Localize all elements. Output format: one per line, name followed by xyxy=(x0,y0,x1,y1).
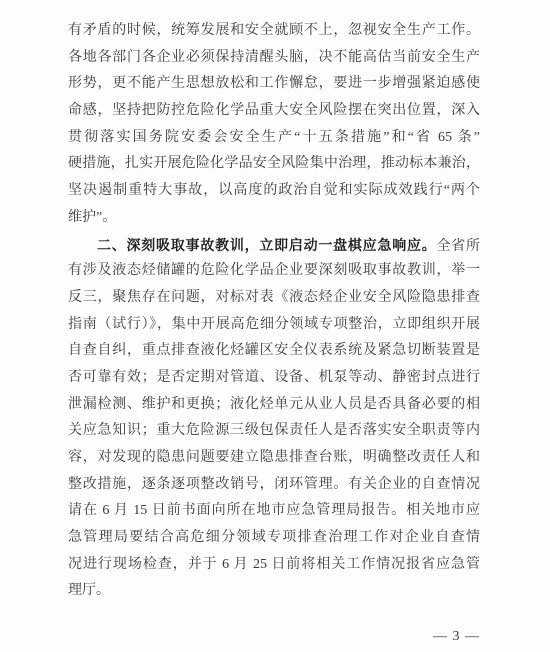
text-line: 形势，更不能产生思想放松和工作懈怠，要进一步增强紧迫感使 xyxy=(68,71,480,98)
text-line: 命感，坚持把防控危险化学品重大安全风险摆在突出位置，深入 xyxy=(68,98,480,125)
text-run: 维护”。 xyxy=(68,210,116,225)
page-number: — 3 — xyxy=(433,629,480,645)
text-run: 况进行现场检查，并于 6 月 25 日前将相关工作情况报省应急管 xyxy=(68,557,480,572)
text-line: 二、深刻吸取事故教训，立即启动一盘棋应急响应。全省所 xyxy=(68,232,480,259)
text-run: 否可靠有效；是否定期对管道、设备、机泵等动、静密封点进行 xyxy=(68,370,480,385)
paragraphs-container: 有矛盾的时候，统筹发展和安全就顾不上，忽视安全生产工作。各地各部门各企业必须保持… xyxy=(68,18,480,605)
text-line: 各地各部门各企业必须保持清醒头脑，决不能高估当前安全生产 xyxy=(68,45,480,72)
text-run: 形势，更不能产生思想放松和工作懈怠，要进一步增强紧迫感使 xyxy=(68,76,480,91)
text-line: 有涉及液态烃储罐的危险化学品企业要深刻吸取事故教训，举一 xyxy=(68,258,480,285)
text-run: 急管理局要结合高危细分领域专项排查治理工作对企业自查情 xyxy=(68,530,480,545)
text-line: 坚决遏制重特大事故，以高度的政治自觉和实际成效践行“两个 xyxy=(68,178,480,205)
text-line: 贯彻落实国务院安委会安全生产“十五条措施”和“省 65 条” xyxy=(68,125,480,152)
text-run: 命感，坚持把防控危险化学品重大安全风险摆在突出位置，深入 xyxy=(68,103,480,118)
text-run: 反三，聚焦存在问题，对标对表《液态烃企业安全风险隐患排查 xyxy=(68,290,480,305)
text-run: 贯彻落实国务院安委会安全生产“十五条措施”和“省 65 条” xyxy=(68,130,480,145)
text-run: 请在 6 月 15 日前书面向所在地市应急管理局报告。相关地市应 xyxy=(68,503,480,518)
text-line: 急管理局要结合高危细分领域专项排查治理工作对企业自查情 xyxy=(68,525,480,552)
text-line: 理厅。 xyxy=(68,578,480,605)
text-run: 各地各部门各企业必须保持清醒头脑，决不能高估当前安全生产 xyxy=(68,50,480,65)
text-run: 有矛盾的时候，统筹发展和安全就顾不上，忽视安全生产工作。 xyxy=(68,23,480,38)
text-run: 容，对发现的隐患问题要建立隐患排查台账，明确整改责任人和 xyxy=(68,450,480,465)
bold-heading-run: 二、深刻吸取事故教训，立即启动一盘棋应急响应。 xyxy=(97,237,436,253)
text-line: 容，对发现的隐患问题要建立隐患排查台账，明确整改责任人和 xyxy=(68,445,480,472)
text-line: 整改措施，逐条逐项整改销号，闭环管理。有关企业的自查情况 xyxy=(68,472,480,499)
text-run: 理厅。 xyxy=(68,583,110,598)
text-line: 指南（试行）》，集中开展高危细分领域专项整治，立即组织开展 xyxy=(68,312,480,339)
text-line: 硬措施，扎实开展危险化学品安全风险集中治理，推动标本兼治， xyxy=(68,151,480,178)
document-page: 有矛盾的时候，统筹发展和安全就顾不上，忽视安全生产工作。各地各部门各企业必须保持… xyxy=(0,0,550,652)
text-run: 硬措施，扎实开展危险化学品安全风险集中治理，推动标本兼治， xyxy=(68,156,480,171)
text-line: 有矛盾的时候，统筹发展和安全就顾不上，忽视安全生产工作。 xyxy=(68,18,480,45)
text-line: 泄漏检测、维护和更换；液化烃单元从业人员是否具备必要的相 xyxy=(68,392,480,419)
text-run: 有涉及液态烃储罐的危险化学品企业要深刻吸取事故教训，举一 xyxy=(68,263,480,278)
text-line: 关应急知识；重大危险源三级包保责任人是否落实安全职责等内 xyxy=(68,418,480,445)
text-line: 反三，聚焦存在问题，对标对表《液态烃企业安全风险隐患排查 xyxy=(68,285,480,312)
text-line: 自查自纠，重点排查液化烃罐区安全仪表系统及紧急切断装置是 xyxy=(68,338,480,365)
text-line: 维护”。 xyxy=(68,205,480,232)
text-line: 况进行现场检查，并于 6 月 25 日前将相关工作情况报省应急管 xyxy=(68,552,480,579)
text-run: 泄漏检测、维护和更换；液化烃单元从业人员是否具备必要的相 xyxy=(68,397,480,412)
text-run: 自查自纠，重点排查液化烃罐区安全仪表系统及紧急切断装置是 xyxy=(68,343,480,358)
text-run: 整改措施，逐条逐项整改销号，闭环管理。有关企业的自查情况 xyxy=(68,477,480,492)
text-line: 否可靠有效；是否定期对管道、设备、机泵等动、静密封点进行 xyxy=(68,365,480,392)
text-line: 请在 6 月 15 日前书面向所在地市应急管理局报告。相关地市应 xyxy=(68,498,480,525)
text-run: 坚决遏制重特大事故，以高度的政治自觉和实际成效践行“两个 xyxy=(68,183,480,198)
text-run: 指南（试行）》，集中开展高危细分领域专项整治，立即组织开展 xyxy=(68,317,480,332)
text-run: 关应急知识；重大危险源三级包保责任人是否落实安全职责等内 xyxy=(68,423,480,438)
text-run: 全省所 xyxy=(436,239,480,254)
